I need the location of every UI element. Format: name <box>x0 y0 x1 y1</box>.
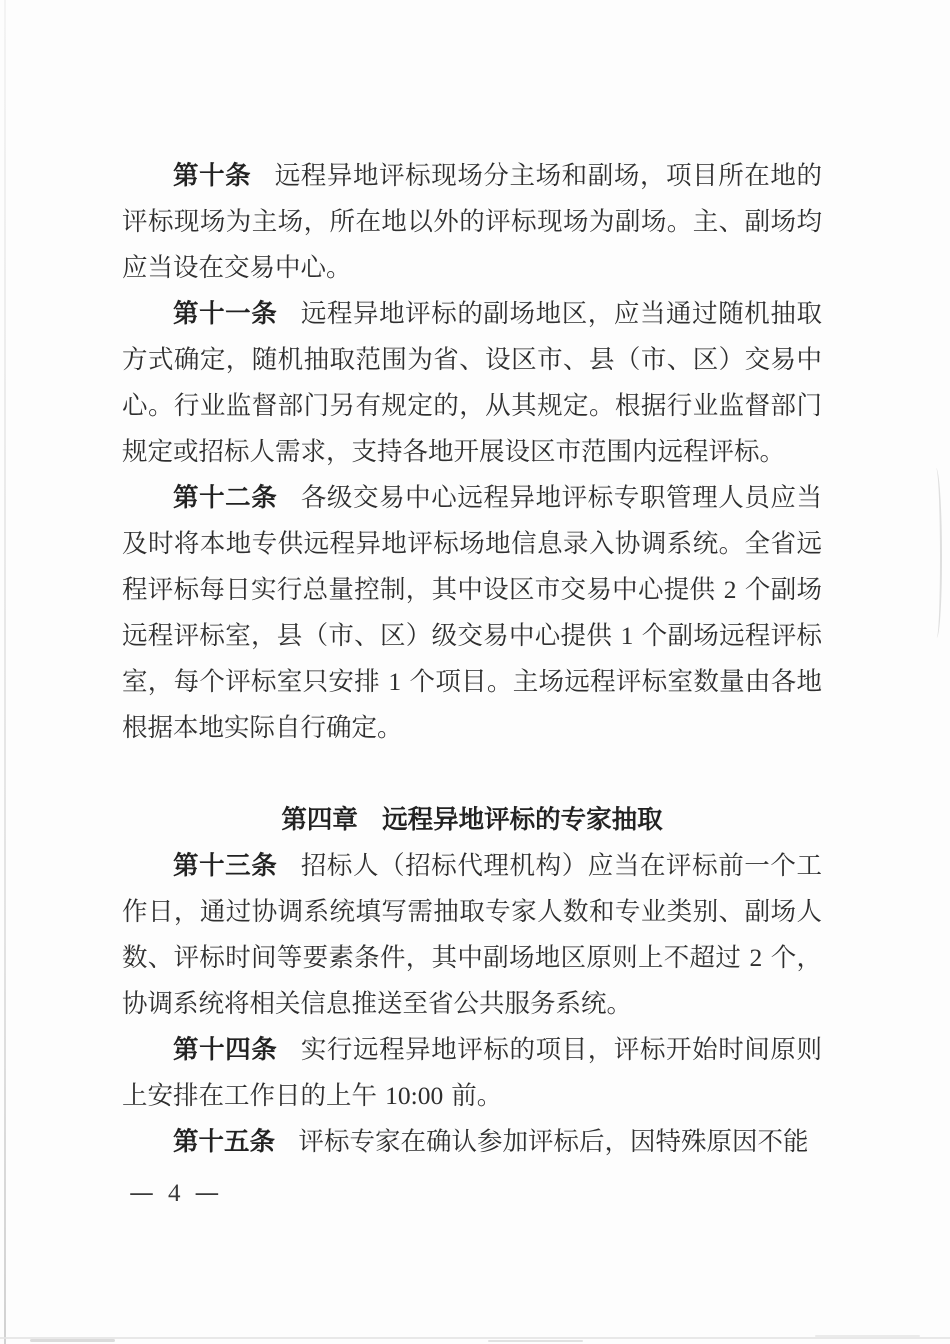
chapter-4-number: 第四章 <box>281 805 358 835</box>
article-11-number: 第十一条 <box>173 299 277 329</box>
article-12-paragraph: 第十二条各级交易中心远程异地评标专职管理人员应当及时将本地专供远程异地评标场地信… <box>122 475 822 751</box>
article-15-text: 评标专家在确认参加评标后，因特殊原因不能 <box>298 1127 808 1157</box>
article-15-number: 第十五条 <box>173 1127 275 1157</box>
scan-artifact-smudge <box>30 1339 115 1342</box>
scan-artifact-right-edge <box>930 468 942 638</box>
article-14-paragraph: 第十四条实行远程异地评标的项目，评标开始时间原则上安排在工作日的上午 10:00… <box>122 1027 822 1119</box>
scan-artifact-smudge <box>815 1335 920 1337</box>
chapter-4-title: 远程异地评标的专家抽取 <box>382 805 663 835</box>
article-15-paragraph: 第十五条评标专家在确认参加评标后，因特殊原因不能 <box>122 1119 822 1165</box>
page-number: — 4 — <box>129 1178 222 1209</box>
scan-artifact-bottom-edge <box>0 1337 950 1339</box>
scan-artifact-smudge <box>488 1340 583 1342</box>
article-13-paragraph: 第十三条招标人（招标代理机构）应当在评标前一个工作日，通过协调系统填写需抽取专家… <box>122 843 822 1027</box>
article-12-number: 第十二条 <box>173 483 277 513</box>
article-13-number: 第十三条 <box>173 851 277 881</box>
document-body: 第十条远程异地评标现场分主场和副场，项目所在地的评标现场为主场，所在地以外的评标… <box>122 153 822 1165</box>
article-12-text: 各级交易中心远程异地评标专职管理人员应当及时将本地专供远程异地评标场地信息录入协… <box>122 483 822 743</box>
article-14-number: 第十四条 <box>173 1035 277 1065</box>
chapter-4-heading: 第四章远程异地评标的专家抽取 <box>122 797 822 843</box>
scanned-document-page: 第十条远程异地评标现场分主场和副场，项目所在地的评标现场为主场，所在地以外的评标… <box>0 0 950 1344</box>
article-10-number: 第十条 <box>173 161 251 191</box>
scan-artifact-left-edge <box>4 0 6 1344</box>
article-10-paragraph: 第十条远程异地评标现场分主场和副场，项目所在地的评标现场为主场，所在地以外的评标… <box>122 153 822 291</box>
article-11-paragraph: 第十一条远程异地评标的副场地区，应当通过随机抽取方式确定，随机抽取范围为省、设区… <box>122 291 822 475</box>
